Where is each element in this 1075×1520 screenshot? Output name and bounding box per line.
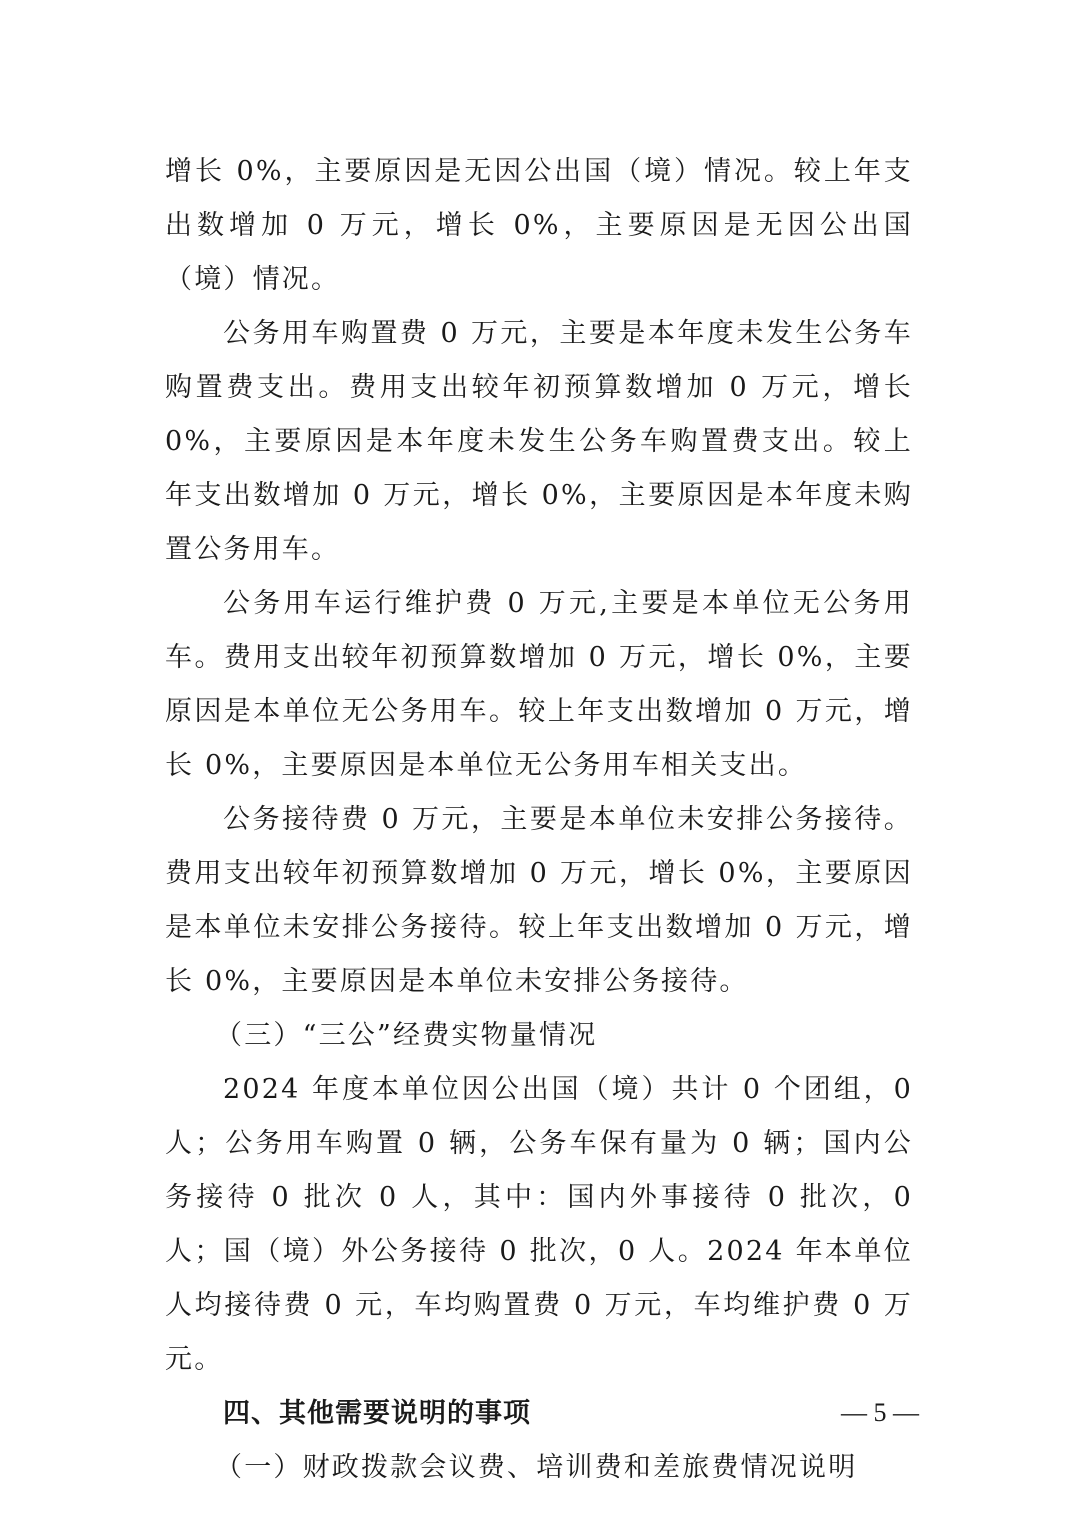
subheading-meeting-training-travel: （一）财政拨款会议费、培训费和差旅费情况说明	[165, 1441, 913, 1495]
paragraph-vehicle-maintenance: 公务用车运行维护费 0 万元,主要是本单位无公务用车。费用支出较年初预算数增加 …	[165, 577, 913, 793]
section-heading-other-matters: 四、其他需要说明的事项	[165, 1387, 913, 1441]
paragraph-physical-quantities: 2024 年度本单位因公出国（境）共计 0 个团组，0 人；公务用车购置 0 辆…	[165, 1063, 913, 1387]
document-page: 增长 0%，主要原因是无因公出国（境）情况。较上年支出数增加 0 万元，增长 0…	[165, 145, 913, 1495]
subheading-three-public-quantities: （三）“三公”经费实物量情况	[165, 1009, 913, 1063]
paragraph-overseas-travel-continued: 增长 0%，主要原因是无因公出国（境）情况。较上年支出数增加 0 万元，增长 0…	[165, 145, 913, 307]
page-number: — 5 —	[820, 1398, 940, 1428]
paragraph-reception-expense: 公务接待费 0 万元，主要是本单位未安排公务接待。费用支出较年初预算数增加 0 …	[165, 793, 913, 1009]
paragraph-vehicle-purchase: 公务用车购置费 0 万元，主要是本年度未发生公务车购置费支出。费用支出较年初预算…	[165, 307, 913, 577]
